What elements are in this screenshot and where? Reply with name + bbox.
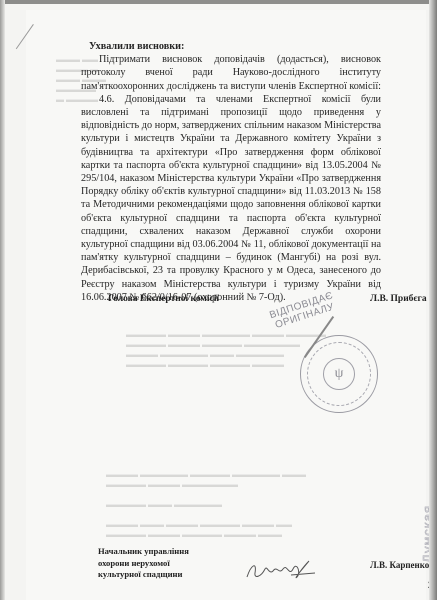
paragraph: Підтримати висновок доповідачів (додасть… — [81, 53, 381, 93]
resolution-text: Ухвалили висновки: Підтримати висновок д… — [81, 40, 381, 304]
head-title-line: Начальник управління — [98, 546, 189, 558]
trident-emblem-icon: ψ — [323, 358, 355, 390]
scan-edge-left — [0, 0, 5, 600]
section-heading: Ухвалили висновки: — [89, 40, 381, 53]
handwritten-signature-icon — [243, 555, 318, 583]
head-title: Начальник управління охорони нерухомої к… — [98, 546, 189, 581]
scan-edge-right — [429, 0, 437, 600]
chair-title: Голова Експертної комісії — [108, 294, 219, 304]
head-title-line: культурної спадщини — [98, 569, 189, 581]
chair-name: Л.В. Прибєга — [370, 294, 427, 304]
paragraph: 4.6. Доповідачами та членами Експертної … — [81, 93, 381, 304]
head-title-line: охорони нерухомої — [98, 558, 189, 570]
bleed-through-text: ▬▬▬▬ ▬▬▬▬▬▬ ▬▬▬▬▬ ▬▬▬▬▬▬ ▬▬▬▬▬▬▬▬ ▬▬▬▬ ▬… — [106, 470, 406, 540]
scan-edge-top — [0, 0, 437, 4]
